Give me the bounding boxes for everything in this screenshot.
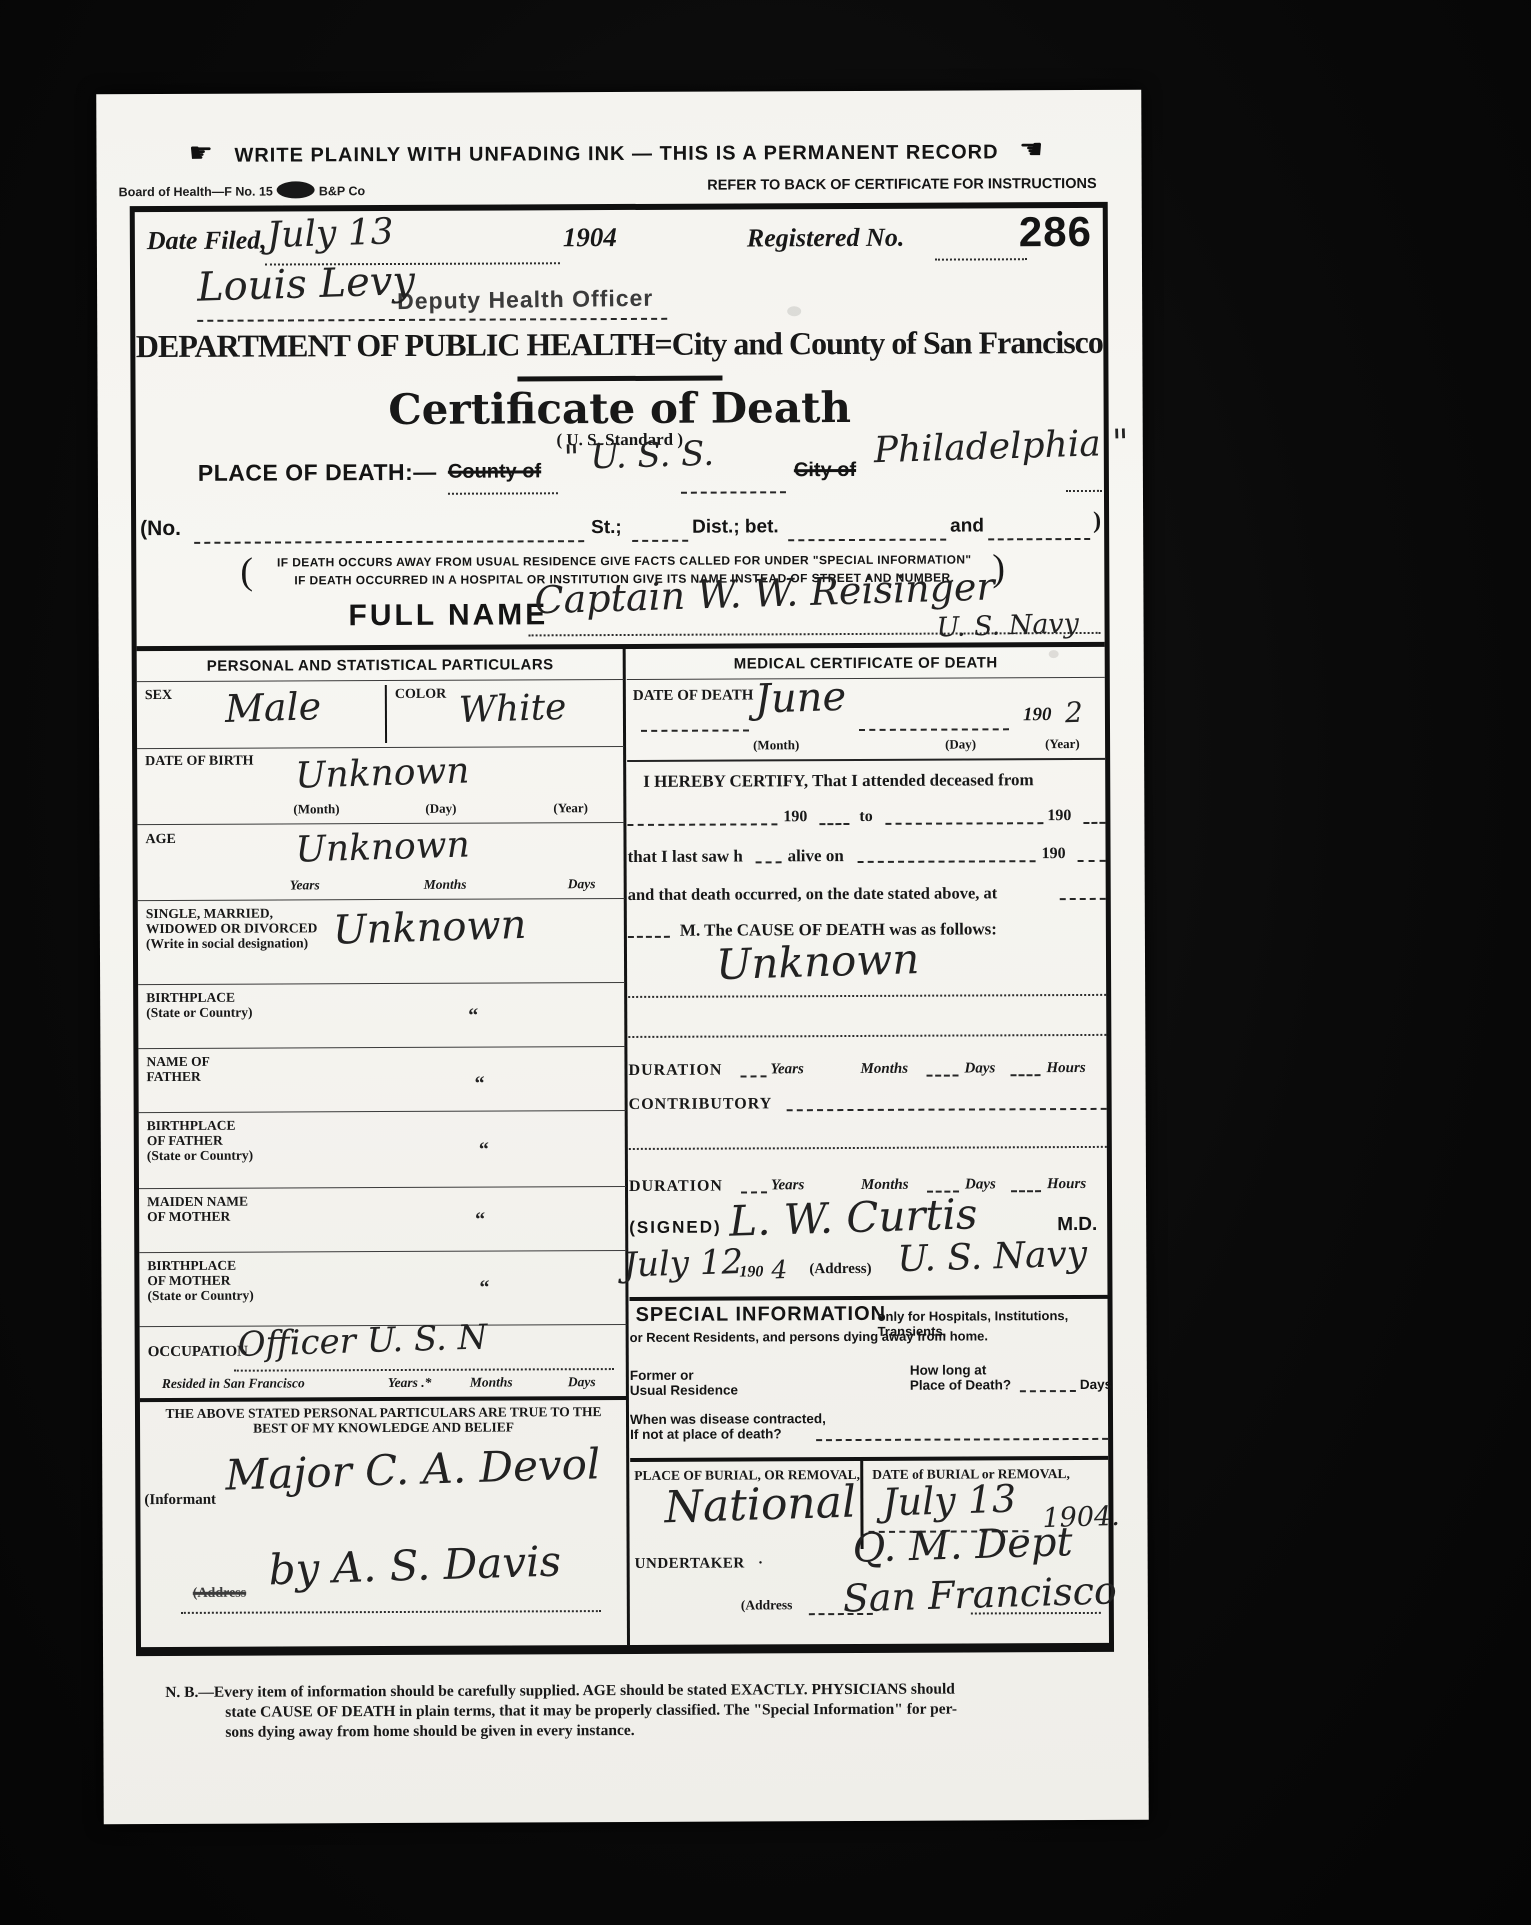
section-divider xyxy=(630,1456,1108,1462)
registered-label: Registered No. xyxy=(747,223,905,254)
age-days-sub: Days xyxy=(568,876,596,892)
personal-header: PERSONAL AND STATISTICAL PARTICULARS xyxy=(137,656,624,675)
certify-line-3-fill-1 xyxy=(756,861,782,863)
duration-label: DURATION xyxy=(628,1062,722,1080)
filed-by-line xyxy=(197,318,667,322)
date-filed-label: Date Filed, xyxy=(147,226,267,257)
resided-label: Resided in San Francisco xyxy=(162,1375,305,1392)
father-ditto: “ xyxy=(475,1073,485,1096)
contributory-line-2 xyxy=(629,1146,1107,1150)
resided-months: Months xyxy=(470,1374,513,1390)
cause-line-2 xyxy=(628,1034,1106,1038)
place-city-label: City of xyxy=(794,459,856,482)
informant-address-line xyxy=(181,1610,601,1614)
registered-line xyxy=(935,258,1027,260)
divider xyxy=(627,677,1105,680)
contracted-fill xyxy=(816,1438,1108,1441)
place-county-value: " U. S. S. xyxy=(563,434,714,479)
informant-signature: Major C. A. Devol xyxy=(225,1439,601,1499)
note-paren-open: ( xyxy=(240,550,253,594)
duration2-label: DURATION xyxy=(629,1178,723,1196)
certify-line-5-fill xyxy=(628,936,670,938)
undertaker-address-label: (Address xyxy=(741,1597,793,1613)
dob-label: DATE OF BIRTH xyxy=(145,754,253,770)
dod-label: DATE OF DEATH xyxy=(633,687,754,705)
undertaker-value: Q. M. Dept xyxy=(852,1519,1073,1572)
former-label-1: Former or xyxy=(630,1368,694,1383)
certify-line-1: I HEREBY CERTIFY, That I attended deceas… xyxy=(643,770,1034,792)
howlong-label-2: Place of Death? xyxy=(910,1377,1011,1392)
dod-month-sub: (Month) xyxy=(753,737,799,753)
date-filed-value: July 13 xyxy=(266,211,394,256)
place-county-label: County of xyxy=(448,460,541,483)
contracted-label-2: If not at place of death? xyxy=(630,1426,782,1442)
age-label: AGE xyxy=(145,832,175,848)
mother-bp-label-3: (State or Country) xyxy=(147,1288,253,1304)
refer-line: REFER TO BACK OF CERTIFICATE FOR INSTRUC… xyxy=(567,176,1097,194)
board-text: Board of Health—F No. 15 xyxy=(119,185,273,200)
resided-days: Days xyxy=(568,1374,596,1390)
burial-place-value: National xyxy=(664,1476,857,1533)
mother-label-1: MAIDEN NAME xyxy=(147,1194,248,1210)
occupation-line xyxy=(234,1368,614,1372)
and-label: and xyxy=(950,515,984,537)
occupation-value: Officer U. S. N xyxy=(237,1317,488,1365)
attest-line-2: BEST OF MY KNOWLEDGE AND BELIEF xyxy=(140,1419,627,1437)
dod-line-1 xyxy=(641,729,749,731)
signed-date-printed: 190 xyxy=(739,1263,763,1281)
board-seal xyxy=(277,181,315,198)
special-header: SPECIAL INFORMATION xyxy=(636,1303,887,1327)
nb-text-1: Every item of information should be care… xyxy=(214,1681,955,1701)
resided-years: Years .* xyxy=(388,1375,432,1391)
father-bp-label-2: OF FATHER xyxy=(147,1133,223,1149)
scan-smudge xyxy=(787,306,801,316)
cause-line-1 xyxy=(628,994,1106,998)
divider xyxy=(138,898,625,901)
dod-year-sub: (Year) xyxy=(1045,736,1080,752)
warning-line: ☛ WRITE PLAINLY WITH UNFADING INK — THIS… xyxy=(156,134,1076,169)
street-line-4 xyxy=(988,538,1090,540)
dod-line-2 xyxy=(859,728,1009,731)
informant-address-label: (Address xyxy=(193,1586,246,1602)
age-years-sub: Years xyxy=(290,877,320,893)
duration-hours: Hours xyxy=(1046,1060,1085,1077)
medical-header: MEDICAL CERTIFICATE OF DEATH xyxy=(627,654,1105,673)
contracted-label-1: When was disease contracted, xyxy=(630,1411,826,1427)
birthplace-label-2: (State or Country) xyxy=(146,1005,252,1021)
signed-date-written: 4 xyxy=(771,1255,788,1284)
burial-date-value: July 13 xyxy=(882,1477,1017,1525)
nb-note-line-3: sons dying away from home should be give… xyxy=(225,1722,634,1742)
age-months-sub: Months xyxy=(424,877,467,893)
mother-label-2: OF MOTHER xyxy=(147,1209,230,1225)
sex-label: SEX xyxy=(145,688,172,704)
duration2-hours: Hours xyxy=(1047,1176,1086,1193)
place-line-1 xyxy=(681,491,786,493)
warning-text: WRITE PLAINLY WITH UNFADING INK — THIS I… xyxy=(234,141,998,166)
duration2-fill-1 xyxy=(741,1191,767,1193)
street-label: St.; xyxy=(591,517,622,539)
marital-value: Unknown xyxy=(332,902,527,954)
dod-day-sub: (Day) xyxy=(945,736,976,752)
undertaker-address-fill-2 xyxy=(971,1612,1101,1615)
divider xyxy=(139,1250,626,1253)
mother-ditto: “ xyxy=(475,1209,485,1232)
father-label-1: NAME OF xyxy=(146,1054,209,1070)
contributory-fill xyxy=(787,1108,1107,1111)
board-line: Board of Health—F No. 15B&P Co xyxy=(119,181,366,199)
certify-to: to xyxy=(859,808,872,826)
certify-line-2-fill-4 xyxy=(1083,822,1105,824)
full-name-suffix: U. S. Navy xyxy=(936,608,1079,643)
duration2-fill-3 xyxy=(1011,1190,1041,1192)
place-city-value: Philadelphia " xyxy=(873,422,1129,471)
divider xyxy=(138,982,625,985)
certify-line-3-fill-3 xyxy=(1078,860,1106,862)
mother-bp-label-2: OF MOTHER xyxy=(147,1273,230,1289)
informant-label: (Informant xyxy=(144,1492,216,1509)
divider xyxy=(139,1110,626,1113)
certify-line-3-fill-2 xyxy=(858,860,1036,863)
certify-line-2-fill-1 xyxy=(627,823,777,826)
dob-day-sub: (Day) xyxy=(425,801,456,817)
nb-label: N. B.— xyxy=(165,1684,214,1701)
filed-by-signature: Louis Levy xyxy=(196,258,415,311)
dod-month-value: June xyxy=(754,674,847,723)
duration-days: Days xyxy=(964,1060,995,1077)
place-of-death-label: PLACE OF DEATH:— xyxy=(198,459,437,487)
divider xyxy=(137,822,624,825)
certify-line-3b: alive on xyxy=(788,846,844,866)
duration-months: Months xyxy=(860,1061,908,1078)
mother-bp-label-1: BIRTHPLACE xyxy=(147,1258,236,1274)
divider xyxy=(137,746,624,749)
signed-date-value: July 12 xyxy=(623,1242,744,1286)
pointing-hand-left-icon: ☚ xyxy=(1019,134,1044,165)
personal-column: PERSONAL AND STATISTICAL PARTICULARS SEX… xyxy=(137,652,628,1647)
registered-number: 286 xyxy=(1019,208,1092,256)
howlong-fill xyxy=(1020,1390,1076,1392)
street-line-1 xyxy=(194,540,584,544)
title-rule xyxy=(517,376,722,382)
dob-year-sub: (Year) xyxy=(553,800,588,816)
place-line-0 xyxy=(448,492,558,494)
certify-line-3a: that I last saw h xyxy=(628,846,743,867)
dob-month-sub: (Month) xyxy=(293,801,339,817)
duration2-years: Years xyxy=(771,1177,804,1194)
former-label-2: Usual Residence xyxy=(630,1383,738,1398)
date-filed-year: 1904 xyxy=(563,222,617,253)
occupation-label: OCCUPATION xyxy=(148,1344,248,1361)
mother-bp-ditto: “ xyxy=(479,1277,489,1300)
dob-value: Unknown xyxy=(295,750,470,796)
sex-color-divider xyxy=(385,685,387,743)
nb-note-line-1: N. B.—Every item of information should b… xyxy=(165,1681,955,1702)
father-bp-ditto: “ xyxy=(479,1139,489,1162)
age-value: Unknown xyxy=(295,824,470,870)
marital-label-3: (Write in social designation) xyxy=(146,935,308,952)
duration-fill-3 xyxy=(1011,1074,1041,1076)
duration-fill-1 xyxy=(741,1075,767,1077)
dod-year-printed: 190 xyxy=(1023,704,1052,726)
certify-line-2-fill-3 xyxy=(885,822,1043,825)
cause-of-death-value: Unknown xyxy=(715,934,920,989)
signed-address-value: U. S. Navy xyxy=(897,1234,1088,1281)
nb-note-line-2: state CAUSE OF DEATH in plain terms, tha… xyxy=(225,1701,957,1722)
certify-line-4: and that death occurred, on the date sta… xyxy=(628,883,998,905)
color-label: COLOR xyxy=(395,687,446,703)
color-value: White xyxy=(458,687,567,731)
street-line-3 xyxy=(788,539,946,542)
signed-label: (SIGNED) xyxy=(629,1218,722,1238)
pointing-hand-right-icon: ☛ xyxy=(189,138,214,169)
department-title: DEPARTMENT OF PUBLIC HEALTH=City and Cou… xyxy=(135,324,1103,365)
street-no-label: (No. xyxy=(140,517,181,541)
full-name-label: FULL NAME xyxy=(348,598,548,633)
duration-fill-2 xyxy=(927,1075,959,1077)
howlong-days: Days xyxy=(1080,1377,1112,1392)
certify-190b: 190 xyxy=(1047,807,1071,825)
dist-label: Dist.; bet. xyxy=(692,516,779,538)
certify-line-4-fill xyxy=(1060,898,1106,900)
marital-label-1: SINGLE, MARRIED, xyxy=(146,906,273,923)
informant-address-signature: by A. S. Davis xyxy=(268,1536,562,1594)
board-co: B&P Co xyxy=(319,184,365,198)
signed-address-label: (Address) xyxy=(809,1261,871,1278)
scan-smudge xyxy=(1049,650,1059,658)
divider xyxy=(138,1046,625,1049)
undertaker-label: UNDERTAKER xyxy=(635,1555,745,1572)
certify-190a: 190 xyxy=(783,808,807,826)
divider xyxy=(627,758,1105,762)
certificate-paper: ☛ WRITE PLAINLY WITH UNFADING INK — THIS… xyxy=(96,90,1149,1825)
filed-by-title-stamp: Deputy Health Officer xyxy=(397,285,653,315)
place-line-2 xyxy=(1066,490,1102,492)
birthplace-label-1: BIRTHPLACE xyxy=(146,990,235,1006)
howlong-label-1: How long at xyxy=(910,1362,987,1377)
certify-190c: 190 xyxy=(1042,845,1066,863)
medical-column: MEDICAL CERTIFICATE OF DEATH DATE OF DEA… xyxy=(627,650,1109,1645)
street-paren-close: ) xyxy=(1093,508,1101,535)
sex-value: Male xyxy=(224,684,322,731)
special-note-2: or Recent Residents, and persons dying a… xyxy=(630,1328,1010,1345)
contributory-label: CONTRIBUTORY xyxy=(629,1095,773,1114)
father-bp-label-3: (State or Country) xyxy=(147,1148,253,1164)
undertaker-dot: . xyxy=(759,1551,763,1568)
dod-year-written: 2 xyxy=(1064,696,1083,730)
father-bp-label-1: BIRTHPLACE xyxy=(147,1118,236,1134)
father-label-2: FATHER xyxy=(146,1069,200,1085)
duration-years: Years xyxy=(770,1061,803,1078)
birthplace-ditto: “ xyxy=(468,1005,478,1028)
divider xyxy=(139,1186,626,1189)
certify-line-2-fill-2 xyxy=(819,823,849,825)
section-divider xyxy=(629,1295,1107,1301)
section-divider xyxy=(140,1396,627,1402)
divider xyxy=(137,679,624,682)
certificate-box: Date Filed, July 13 1904 Registered No. … xyxy=(130,202,1114,1656)
street-line-2 xyxy=(632,540,688,542)
